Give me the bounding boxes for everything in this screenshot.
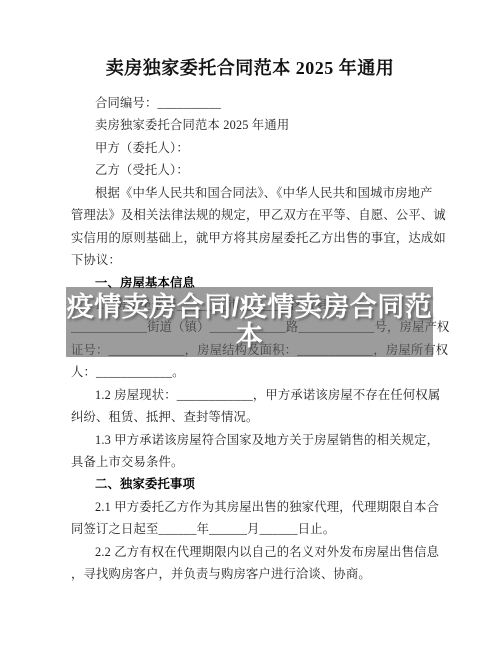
- watermark-text-line1: 疫情卖房合同/疫情卖房合同范: [67, 293, 433, 322]
- document-line: 合同编号：__________: [71, 92, 433, 114]
- watermark-overlay: 疫情卖房合同/疫情卖房合同范 本: [66, 287, 433, 357]
- document-line: 管理法》及相关法律法规的规定，甲乙双方在平等、自愿、公平、诚: [71, 204, 433, 226]
- document-line: 2.2 乙方有权在代理期限内以自己的名义对外发布房屋出售信息: [71, 541, 433, 563]
- document-line: 人：____________。: [71, 361, 433, 383]
- document-line: 根据《中华人民共和国合同法》、《中华人民共和国城市房地产: [71, 182, 433, 204]
- document-line: ，寻找购房客户，并负责与购房客户进行洽谈、协商。: [71, 563, 433, 585]
- document-line: 纠纷、租赁、抵押、查封等情况。: [71, 406, 433, 428]
- document-line: 甲方（委托人）：: [71, 137, 433, 159]
- document-line: 2.1 甲方委托乙方作为其房屋出售的独家代理，代理期限自本合: [71, 496, 433, 518]
- document-line: 卖房独家委托合同范本 2025 年通用: [71, 114, 433, 136]
- document-line: 1.2 房屋现状：____________，甲方承诺该房屋不存在任何权属: [71, 384, 433, 406]
- page-title: 卖房独家委托合同范本 2025 年通用: [0, 54, 500, 80]
- document-line: 下协议：: [71, 249, 433, 271]
- document-line: 1.3 甲方承诺该房屋符合国家及地方关于房屋销售的相关规定，: [71, 429, 433, 451]
- document-line: 二、独家委托事项: [71, 473, 433, 495]
- document-line: 实信用的原则基础上，就甲方将其房屋委托乙方出售的事宜，达成如: [71, 227, 433, 249]
- document-line: 乙方（受托人）：: [71, 159, 433, 181]
- document-line: 具备上市交易条件。: [71, 451, 433, 473]
- document-line: 同签订之日起至______年______月______日止。: [71, 518, 433, 540]
- watermark-text-line2: 本: [236, 322, 264, 351]
